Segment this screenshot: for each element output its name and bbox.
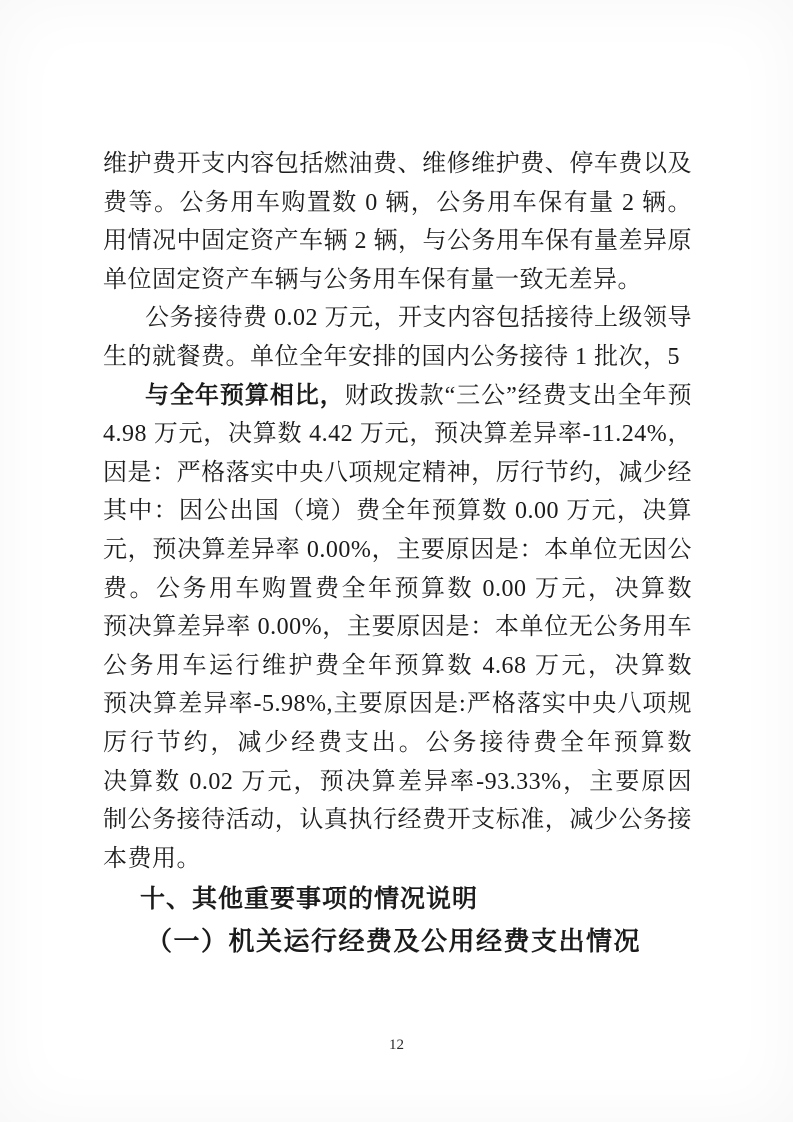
text-line: 4.98 万元，决算数 4.42 万元，预决算差异率-11.24%，主要原 xyxy=(103,415,692,454)
text-line: 决算数 0.02 万元，预决算差异率-93.33%，主要原因是：严格控 xyxy=(103,763,692,802)
text-line: 预决算差异率-5.98%,主要原因是:严格落实中央八项规定精神， xyxy=(103,685,692,724)
text-line: 维护费开支内容包括燃油费、维修维护费、停车费以及车辆保险 xyxy=(103,145,692,184)
text-line: 生的就餐费。单位全年安排的国内公务接待 1 批次，5 人次。 xyxy=(103,338,692,377)
text-line: 因是：严格落实中央八项规定精神，厉行节约，减少经费支出。 xyxy=(103,454,692,493)
text-line: 预决算差异率 0.00%，主要原因是：本单位无公务用车购置费。 xyxy=(103,608,692,647)
subsection-heading: （一）机关运行经费及公用经费支出情况 xyxy=(146,925,641,959)
text-line: 用情况中固定资产车辆 2 辆，与公务用车保有量差异原因是：本 xyxy=(103,222,692,261)
text-line: 制公务接待活动，认真执行经费开支标准，减少公务接待运行成 xyxy=(103,801,692,840)
text-line: 费等。公务用车购置数 0 辆，公务用车保有量 2 辆。国有资产占 xyxy=(103,184,692,223)
section-heading: 十、其他重要事项的情况说明 xyxy=(140,883,478,915)
text-line: 与全年预算相比，财政拨款“三公”经费支出全年预算数 xyxy=(103,377,692,416)
body-text: 维护费开支内容包括燃油费、维修维护费、停车费以及车辆保险 费等。公务用车购置数 … xyxy=(103,145,692,878)
text-line: 费。公务用车购置费全年预算数 0.00 万元，决算数 0.00 万元， xyxy=(103,570,692,609)
text-line: 公务用车运行维护费全年预算数 4.68 万元，决算数 4.40 万元， xyxy=(103,647,692,686)
text-line: 单位固定资产车辆与公务用车保有量一致无差异。 xyxy=(103,261,692,300)
text-line: 元，预决算差异率 0.00%，主要原因是：本单位无因公出国（境） xyxy=(103,531,692,570)
page-number: 12 xyxy=(0,1037,793,1054)
document-page: 维护费开支内容包括燃油费、维修维护费、停车费以及车辆保险 费等。公务用车购置数 … xyxy=(0,0,793,1122)
text-line: 本费用。 xyxy=(103,840,692,879)
text-line: 厉行节约，减少经费支出。公务接待费全年预算数 0.30 万元， xyxy=(103,724,692,763)
text-line: 公务接待费 0.02 万元，开支内容包括接待上级领导检查产 xyxy=(103,299,692,338)
bold-lead-text: 与全年预算相比， xyxy=(145,383,345,409)
text-line: 其中：因公出国（境）费全年预算数 0.00 万元，决算数 0.00 万 xyxy=(103,492,692,531)
